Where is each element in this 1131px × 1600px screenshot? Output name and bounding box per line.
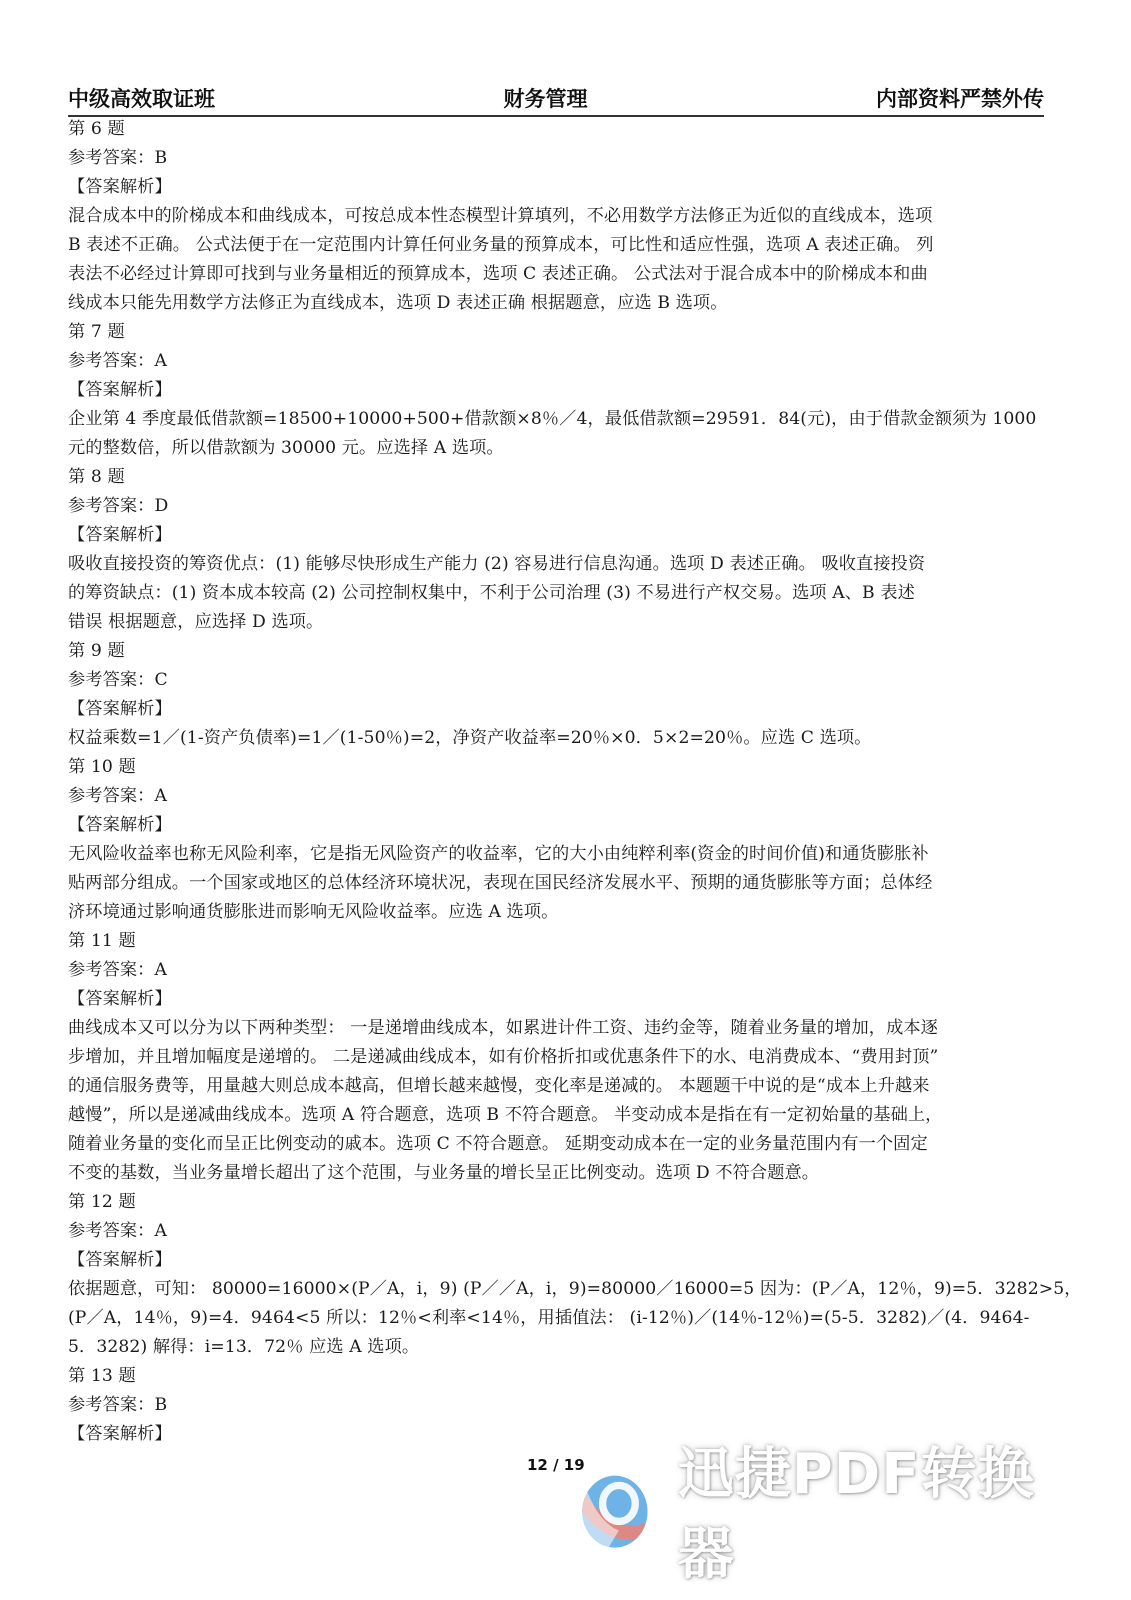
question-block: 第 12 题 参考答案：A 【答案解析】 依据题意，可知： 80000=1600… [68, 1188, 1046, 1362]
analysis-line: 表法不必经过计算即可找到与业务量相近的预算成本，选项 C 表述正确。 公式法对于… [68, 260, 1046, 289]
question-block: 第 8 题 参考答案：D 【答案解析】 吸收直接投资的筹资优点：(1) 能够尽快… [68, 463, 1046, 637]
analysis-label: 【答案解析】 [68, 695, 1046, 724]
analysis-line: 错误 根据题意，应选择 D 选项。 [68, 608, 1046, 637]
question-title: 第 9 题 [68, 637, 1046, 666]
analysis-line: 贴两部分组成。一个国家或地区的总体经济环境状况，表现在国民经济发展水平、预期的通… [68, 869, 1046, 898]
reference-answer: 参考答案：D [68, 492, 1046, 521]
question-block: 第 10 题 参考答案：A 【答案解析】 无风险收益率也称无风险利率，它是指无风… [68, 753, 1046, 927]
analysis-line: 随着业务量的变化而呈正比例变动的戚本。选项 C 不符合题意。 延期变动成本在一定… [68, 1130, 1046, 1159]
header-confidential-note: 内部资料严禁外传 [876, 86, 1044, 112]
question-block: 第 9 题 参考答案：C 【答案解析】 权益乘数=1／(1-资产负债率)=1／(… [68, 637, 1046, 753]
watermark-text: 迅捷PDF转换器 [678, 1430, 1090, 1590]
analysis-label: 【答案解析】 [68, 376, 1046, 405]
question-title: 第 12 题 [68, 1188, 1046, 1217]
reference-answer: 参考答案：A [68, 956, 1046, 985]
question-block: 第 7 题 参考答案：A 【答案解析】 企业第 4 季度最低借款额=18500+… [68, 318, 1046, 463]
question-title: 第 7 题 [68, 318, 1046, 347]
header-course-name: 中级高效取证班 [68, 86, 215, 112]
analysis-label: 【答案解析】 [68, 985, 1046, 1014]
analysis-line: 越慢”，所以是递减曲线成本。选项 A 符合题意，选项 B 不符合题意。 半变动成… [68, 1101, 1046, 1130]
analysis-line: (P／A，14％，9)=4．9464<5 所以：12％<利率<14％，用插值法：… [68, 1304, 1046, 1333]
analysis-label: 【答案解析】 [68, 811, 1046, 840]
reference-answer: 参考答案：A [68, 782, 1046, 811]
analysis-line: 依据题意，可知： 80000=16000×(P／A，i，9) (P／／A，i，9… [68, 1275, 1046, 1304]
analysis-line: 济环境通过影响通货膨胀进而影响无风险收益率。应选 A 选项。 [68, 898, 1046, 927]
reference-answer: 参考答案：A [68, 347, 1046, 376]
analysis-label: 【答案解析】 [68, 173, 1046, 202]
analysis-line: 的通信服务费等，用量越大则总成本越高，但增长越来越慢，变化率是递减的。 本题题干… [68, 1072, 1046, 1101]
question-title: 第 13 题 [68, 1362, 1046, 1391]
analysis-label: 【答案解析】 [68, 1246, 1046, 1275]
reference-answer: 参考答案：C [68, 666, 1046, 695]
analysis-line: 步增加，并且增加幅度是递增的。 二是递减曲线成本，如有价格折扣或优惠条件下的水、… [68, 1043, 1046, 1072]
analysis-line: 吸收直接投资的筹资优点：(1) 能够尽快形成生产能力 (2) 容易进行信息沟通。… [68, 550, 1046, 579]
analysis-line: 无风险收益率也称无风险利率，它是指无风险资产的收益率，它的大小由纯粹利率(资金的… [68, 840, 1046, 869]
reference-answer: 参考答案：A [68, 1217, 1046, 1246]
analysis-line: 的筹资缺点：(1) 资本成本较高 (2) 公司控制权集中，不利于公司治理 (3)… [68, 579, 1046, 608]
analysis-label: 【答案解析】 [68, 521, 1046, 550]
question-block: 第 11 题 参考答案：A 【答案解析】 曲线成本又可以分为以下两种类型： 一是… [68, 927, 1046, 1188]
analysis-line: 曲线成本又可以分为以下两种类型： 一是递增曲线成本，如累进计件工资、违约金等，随… [68, 1014, 1046, 1043]
analysis-line: 企业第 4 季度最低借款额=18500+10000+500+借款额×8％／4，最… [68, 405, 1046, 434]
question-block: 第 6 题 参考答案：B 【答案解析】 混合成本中的阶梯成本和曲线成本，可按总成… [68, 115, 1046, 318]
reference-answer: 参考答案：B [68, 1391, 1046, 1420]
header-subject: 财务管理 [504, 86, 588, 112]
question-title: 第 6 题 [68, 115, 1046, 144]
analysis-line: 5．3282) 解得：i=13．72％ 应选 A 选项。 [68, 1333, 1046, 1362]
analysis-line: 混合成本中的阶梯成本和曲线成本，可按总成本性态模型计算填列，不必用数学方法修正为… [68, 202, 1046, 231]
reference-answer: 参考答案：B [68, 144, 1046, 173]
page-header: 中级高效取证班 财务管理 内部资料严禁外传 [68, 80, 1044, 117]
analysis-line: 元的整数倍，所以借款额为 30000 元。应选择 A 选项。 [68, 434, 1046, 463]
analysis-line: 不变的基数，当业务量增长超出了这个范围，与业务量的增长呈正比例变动。选项 D 不… [68, 1159, 1046, 1188]
question-title: 第 8 题 [68, 463, 1046, 492]
watermark: 迅捷PDF转换器 [570, 1455, 1090, 1565]
xunjie-pdf-logo-icon [574, 1469, 656, 1551]
analysis-line: 线成本只能先用数学方法修正为直线成本，选项 D 表述正确 根据题意，应选 B 选… [68, 289, 1046, 318]
analysis-line: 权益乘数=1／(1-资产负债率)=1／(1-50％)=2，净资产收益率=20％×… [68, 724, 1046, 753]
question-title: 第 11 题 [68, 927, 1046, 956]
question-title: 第 10 题 [68, 753, 1046, 782]
answer-content: 第 6 题 参考答案：B 【答案解析】 混合成本中的阶梯成本和曲线成本，可按总成… [68, 115, 1046, 1449]
analysis-line: B 表述不正确。 公式法便于在一定范围内计算任何业务量的预算成本，可比性和适应性… [68, 231, 1046, 260]
